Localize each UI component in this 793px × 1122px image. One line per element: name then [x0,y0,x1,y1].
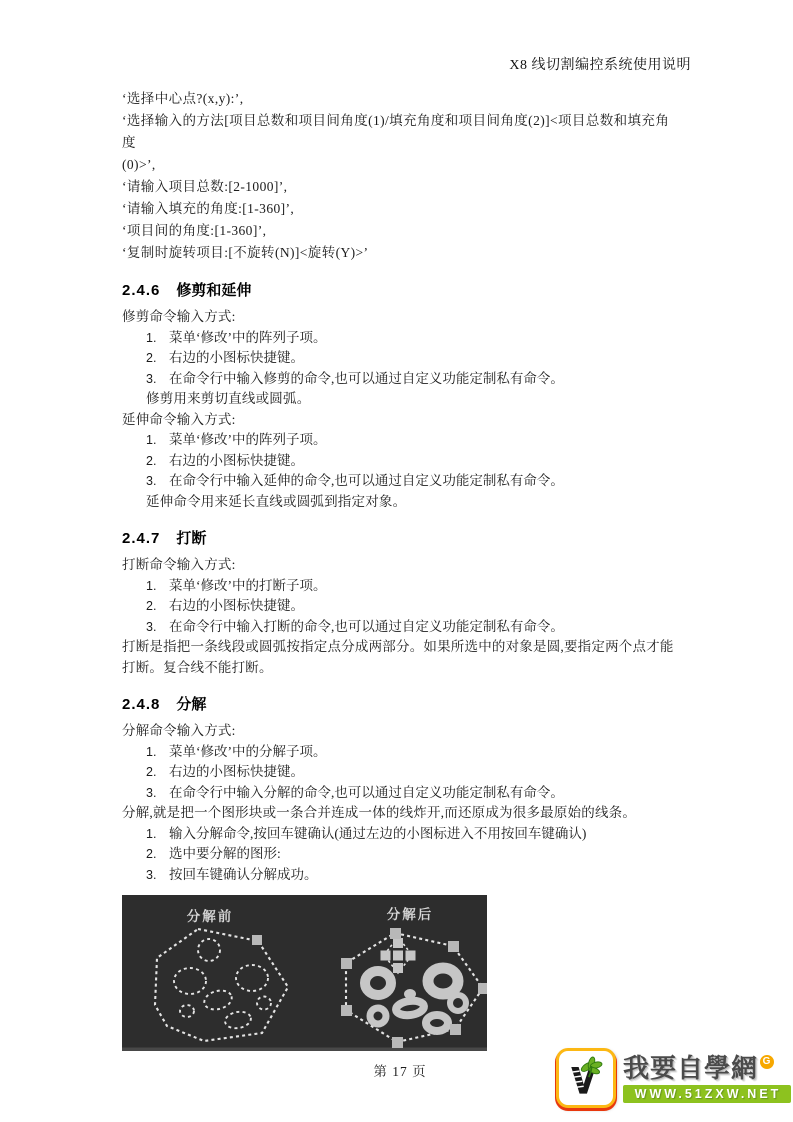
list-number: 3. [146,471,169,492]
list-text: 菜单‘修改’中的打断子项。 [169,576,327,597]
list-text: 菜单‘修改’中的分解子项。 [169,742,327,763]
list-text: 右边的小图标快捷键。 [169,348,304,369]
list-item: 1.菜单‘修改’中的阵列子项。 [122,430,678,451]
list-item: 1.菜单‘修改’中的分解子项。 [122,742,678,763]
watermark-url: WWW.51ZXW.NET [623,1085,791,1103]
section-heading: 2.4.6修剪和延伸 [122,279,678,300]
list-item: 1.输入分解命令,按回车键确认(通过左边的小图标进入不用按回车键确认) [122,824,678,845]
list-item: 2.右边的小图标快捷键。 [122,348,678,369]
list-number: 3. [146,865,169,886]
list-text: 在命令行中输入分解的命令,也可以通过自定义功能定制私有命令。 [169,783,564,804]
note-line: 修剪用来剪切直线或圆弧。 [122,389,678,410]
list-item: 3.在命令行中输入修剪的命令,也可以通过自定义功能定制私有命令。 [122,369,678,390]
list-text: 在命令行中输入打断的命令,也可以通过自定义功能定制私有命令。 [169,617,564,638]
prompt-line: (0)>’, [122,154,678,176]
list-number: 2. [146,451,169,472]
prompt-line: ‘请输入填充的角度:[1-360]’, [122,198,678,220]
list-text: 右边的小图标快捷键。 [169,451,304,472]
section-title: 修剪和延伸 [176,282,251,299]
lead-line: 延伸命令输入方式: [122,410,678,431]
list-text: 菜单‘修改’中的阵列子项。 [169,328,327,349]
list-number: 3. [146,369,169,390]
list-text: 右边的小图标快捷键。 [169,596,304,617]
section-heading: 2.4.8分解 [122,693,678,714]
section-number: 2.4.7 [122,530,160,547]
list-item: 2.右边的小图标快捷键。 [122,762,678,783]
running-header: X8 线切割编控系统使用说明 [509,54,691,74]
list-item: 1.菜单‘修改’中的打断子项。 [122,576,678,597]
grip-handle [252,935,262,945]
51zxw-logo-icon [556,1048,616,1108]
list-number: 1. [146,328,169,349]
section-number: 2.4.6 [122,282,160,299]
explode-before-after-figure: 分解前 分解后 [122,895,487,1051]
list-item: 3.在命令行中输入延伸的命令,也可以通过自定义功能定制私有命令。 [122,471,678,492]
list-text: 选中要分解的图形: [169,844,281,865]
list-number: 1. [146,576,169,597]
page-content: ‘选择中心点?(x,y):’, ‘选择输入的方法[项目总数和项目间角度(1)/填… [122,88,678,1080]
list-number: 3. [146,783,169,804]
paragraph: 打断是指把一条线段或圆弧按指定点分成两部分。如果所选中的对象是圆,要指定两个点才… [122,637,678,678]
section-title: 分解 [176,696,206,713]
section-title: 打断 [176,530,206,547]
list-text: 按回车键确认分解成功。 [169,865,318,886]
list-number: 2. [146,844,169,865]
prompt-line: ‘复制时旋转项目:[不旋转(N)]<旋转(Y)>’ [122,242,678,264]
list-text: 菜单‘修改’中的阵列子项。 [169,430,327,451]
section-break: 2.4.7打断 打断命令输入方式: 1.菜单‘修改’中的打断子项。 2.右边的小… [122,527,678,678]
prompt-line: ‘请输入项目总数:[2-1000]’, [122,176,678,198]
section-trim-extend: 2.4.6修剪和延伸 修剪命令输入方式: 1.菜单‘修改’中的阵列子项。 2.右… [122,279,678,512]
list-text: 输入分解命令,按回车键确认(通过左边的小图标进入不用按回车键确认) [169,824,586,845]
watermark-text: 我要自學網G WWW.51ZXW.NET [623,1054,791,1103]
list-item: 2.右边的小图标快捷键。 [122,451,678,472]
watermark-badge: G [759,1054,775,1070]
note-line: 延伸命令用来延长直线或圆弧到指定对象。 [122,492,678,513]
section-number: 2.4.8 [122,696,160,713]
list-item: 3.在命令行中输入分解的命令,也可以通过自定义功能定制私有命令。 [122,783,678,804]
list-number: 1. [146,824,169,845]
prompt-line: ‘选择中心点?(x,y):’, [122,88,678,110]
list-text: 在命令行中输入修剪的命令,也可以通过自定义功能定制私有命令。 [169,369,564,390]
section-heading: 2.4.7打断 [122,527,678,548]
list-item: 2.选中要分解的图形: [122,844,678,865]
list-text: 在命令行中输入延伸的命令,也可以通过自定义功能定制私有命令。 [169,471,564,492]
figure-bottom-edge [122,1048,487,1052]
figure-label-before: 分解前 [187,908,234,924]
prompt-line: ‘项目间的角度:[1-360]’, [122,220,678,242]
list-item: 1.菜单‘修改’中的阵列子项。 [122,328,678,349]
lead-line: 分解命令输入方式: [122,721,678,742]
list-text: 右边的小图标快捷键。 [169,762,304,783]
document-page: X8 线切割编控系统使用说明 ‘选择中心点?(x,y):’, ‘选择输入的方法[… [0,0,793,1122]
list-number: 2. [146,348,169,369]
list-item: 3.按回车键确认分解成功。 [122,865,678,886]
list-item: 2.右边的小图标快捷键。 [122,596,678,617]
watermark-51zxw[interactable]: 我要自學網G WWW.51ZXW.NET [556,1048,791,1108]
list-item: 3.在命令行中输入打断的命令,也可以通过自定义功能定制私有命令。 [122,617,678,638]
prompt-line: ‘选择输入的方法[项目总数和项目间角度(1)/填充角度和项目间角度(2)]<项目… [122,110,678,154]
lead-line: 修剪命令输入方式: [122,307,678,328]
list-number: 2. [146,762,169,783]
section-explode: 2.4.8分解 分解命令输入方式: 1.菜单‘修改’中的分解子项。 2.右边的小… [122,693,678,885]
list-number: 3. [146,617,169,638]
paragraph: 分解,就是把一个图形块或一条合并连成一体的线炸开,而还原成为很多最原始的线条。 [122,803,678,824]
lead-line: 打断命令输入方式: [122,555,678,576]
list-number: 1. [146,430,169,451]
watermark-title: 我要自學網G [623,1054,775,1082]
list-number: 2. [146,596,169,617]
figure-label-after: 分解后 [387,906,434,922]
list-number: 1. [146,742,169,763]
command-prompt-lines: ‘选择中心点?(x,y):’, ‘选择输入的方法[项目总数和项目间角度(1)/填… [122,88,678,264]
